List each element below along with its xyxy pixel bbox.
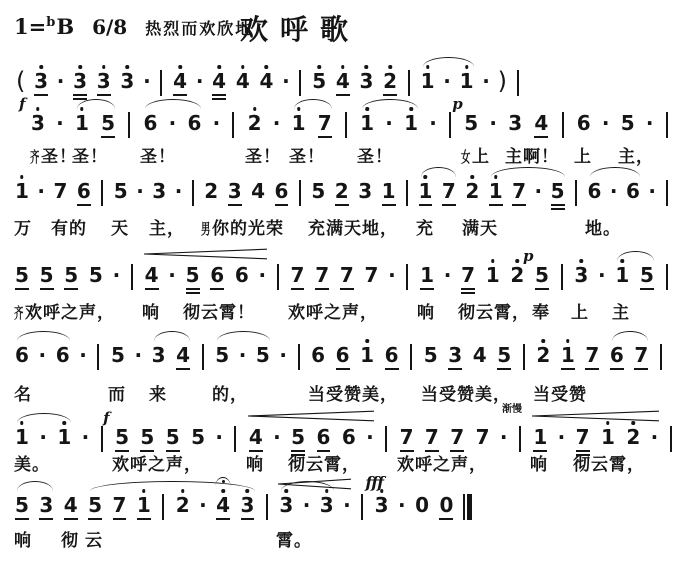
lyric-syllable: 男你的光荣 [201, 214, 284, 239]
octave-dot [36, 107, 40, 111]
note-number: 2 [626, 426, 640, 448]
note: 5 [214, 336, 230, 376]
note: 5 [639, 256, 655, 296]
barline [449, 112, 451, 138]
note: 5 [620, 104, 636, 144]
lyric-syllable: 响 [530, 450, 548, 475]
note-number: 4 [176, 344, 190, 366]
note: 6 [186, 104, 202, 144]
underline [336, 94, 350, 96]
note-number: 3 [279, 494, 293, 516]
note-number: 2 [204, 180, 218, 202]
crescendo-lines [278, 478, 351, 490]
underline [186, 292, 200, 294]
barline [97, 344, 99, 370]
note-number: 5 [166, 426, 180, 448]
dynamic-mark: fff [365, 473, 383, 492]
duration-dot: · [169, 104, 177, 144]
note-number: 5 [40, 264, 54, 286]
lyric-syllable: 霄。 [276, 526, 312, 551]
flat-icon: b [46, 15, 55, 30]
lyric-syllable: 欢呼之声， [397, 450, 487, 475]
note-number: 6 [610, 344, 624, 366]
note-number: 4 [251, 180, 265, 202]
note-number: 7 [364, 264, 378, 286]
duration-dot: · [489, 104, 497, 144]
underline [275, 204, 289, 206]
duration-dot: · [282, 62, 290, 102]
note-number: 5 [497, 344, 511, 366]
underline [39, 518, 53, 520]
note: 7 [314, 256, 330, 296]
note: 4 [215, 486, 231, 526]
duration-dot: · [429, 104, 437, 144]
note: 5 [185, 256, 201, 296]
note: 4 [63, 486, 79, 526]
note-number: 7 [340, 264, 354, 286]
lyric-syllable: 响 [417, 298, 435, 323]
duration-dot: · [37, 172, 45, 212]
note-number: 7 [634, 344, 648, 366]
part-marker: 齐 [14, 302, 24, 323]
note: 3 [38, 486, 54, 526]
octave-dot [126, 65, 130, 69]
note: 5 [87, 486, 103, 526]
note: 2 [203, 172, 219, 212]
underline [210, 288, 224, 290]
note-number: 5 [551, 180, 565, 202]
lyric-syllable: 彻 [61, 526, 79, 551]
tempo-annotation: 渐慢 [502, 400, 522, 415]
note-number: 4 [259, 70, 273, 92]
lyrics-row: 齐圣！圣！圣！圣！圣！圣！女上主啊！上主， [30, 142, 670, 166]
part-marker: 女 [461, 146, 471, 167]
underline [176, 368, 190, 370]
slur-tie [17, 413, 71, 423]
part-marker: 男 [201, 218, 211, 239]
octave-dot [516, 259, 520, 263]
note-number: 1 [57, 426, 71, 448]
note-number: 5 [15, 494, 29, 516]
underline [497, 368, 511, 370]
underline [461, 288, 475, 290]
note: 4 [172, 62, 188, 102]
duration-dot: · [213, 104, 221, 144]
note-number: 5 [140, 426, 154, 448]
note: 3 [96, 62, 112, 102]
note-number: 6 [15, 344, 29, 366]
underline [382, 204, 396, 206]
duration-dot: · [175, 172, 183, 212]
notes-row: 5345712·433·3·3·00 [14, 486, 472, 526]
note-number: 3 [39, 494, 53, 516]
note-number: 6 [143, 112, 157, 134]
note-number: 1 [615, 264, 629, 286]
note-number: 3 [320, 494, 334, 516]
barline [192, 180, 194, 206]
note: 3 [72, 62, 88, 102]
duration-dot: · [196, 62, 204, 102]
duration-dot: · [535, 172, 543, 212]
duration-dot: · [388, 256, 396, 296]
underline [340, 288, 354, 290]
duration-dot: · [602, 104, 610, 144]
underline [489, 204, 503, 206]
note-number: 0 [415, 494, 429, 516]
note-number: 0 [439, 494, 453, 516]
note-number: 2 [383, 70, 397, 92]
note-number: 2 [335, 180, 349, 202]
underline [383, 94, 397, 96]
barline [232, 112, 234, 138]
duration-dot: · [443, 62, 451, 102]
note: 3 [374, 486, 390, 526]
octave-dot [365, 339, 369, 343]
note: 4 [250, 172, 266, 212]
dynamic-mark: f [19, 95, 25, 113]
barline [101, 426, 103, 452]
lyrics-row: 齐欢呼之声，响彻云霄！欢呼之声，响彻云霄，奉上主 [14, 298, 670, 322]
note-number: 6 [626, 180, 640, 202]
barline [670, 426, 672, 452]
underline [336, 368, 350, 370]
duration-dot: · [273, 104, 281, 144]
dynamic-mark: f [103, 409, 109, 427]
note: 5 [88, 256, 104, 296]
note: 1 [14, 172, 30, 212]
note-number: 3 [34, 70, 48, 92]
note-number: 6 [317, 426, 331, 448]
octave-dot [341, 65, 345, 69]
lyric-syllable: 奉 [532, 298, 550, 323]
note-number: 1 [533, 426, 547, 448]
lyric-syllable: 有的 [51, 214, 87, 239]
underline [113, 518, 127, 520]
lyric-syllable: 当受赞美， [308, 380, 398, 405]
lyric-syllable: 主， [618, 142, 654, 167]
notes-row: 1·765·3·2346523117217·56·6· [14, 172, 670, 212]
lyric-syllable: 满天 [462, 214, 498, 239]
note: 5 [550, 172, 566, 212]
note-number: 1 [489, 180, 503, 202]
underline [77, 204, 91, 206]
note-number: 1 [404, 112, 418, 134]
note-number: 3 [97, 70, 111, 92]
note: 6 [55, 336, 71, 376]
note-number: 6 [336, 344, 350, 366]
note-number: 5 [88, 494, 102, 516]
underline [40, 288, 54, 290]
lyric-syllable: 彻云霄， [288, 450, 360, 475]
lyric-syllable: 响 [14, 526, 32, 551]
lyric-syllable: 彻云霄， [458, 298, 530, 323]
note-number: 3 [360, 70, 374, 92]
note: 7 [290, 256, 306, 296]
note: 5 [14, 256, 30, 296]
note-number: 1 [382, 180, 396, 202]
note-number: 7 [442, 180, 456, 202]
note-number: 5 [424, 344, 438, 366]
crescendo-lines [532, 410, 659, 422]
note: 6 [76, 172, 92, 212]
note-number: 5 [256, 344, 270, 366]
note-number: 5 [311, 180, 325, 202]
barline [299, 180, 301, 206]
lyric-syllable: 天 [111, 214, 129, 239]
note: 1 [359, 104, 375, 144]
note: 5 [423, 336, 439, 376]
note: 3 [507, 104, 523, 144]
note-number: 3 [241, 494, 255, 516]
note-number: 5 [191, 426, 205, 448]
duration-dot: · [303, 486, 311, 526]
duration-dot: · [598, 256, 606, 296]
note: 2 [382, 62, 398, 102]
duration-dot: · [343, 486, 351, 526]
duration-dot: · [56, 104, 64, 144]
underline [228, 204, 242, 206]
note-number: 1 [419, 180, 433, 202]
note: 1 [488, 172, 504, 212]
note: 7 [53, 172, 69, 212]
underline [212, 98, 226, 100]
octave-dot [241, 65, 245, 69]
lyrics-row: 响彻云霄。 [14, 526, 472, 550]
lyric-syllable: 圣！ [245, 142, 281, 167]
barline [666, 112, 668, 138]
note: 7 [584, 336, 600, 376]
barline [266, 494, 268, 520]
underline [73, 98, 87, 100]
lyric-syllable: 主， [149, 214, 185, 239]
note-number: 4 [212, 70, 226, 92]
note: 4 [533, 104, 549, 144]
barline [561, 264, 563, 290]
duration-dot: · [646, 104, 654, 144]
barline [660, 344, 662, 370]
note: 4 [144, 256, 160, 296]
octave-dot [491, 259, 495, 263]
octave-dot [20, 175, 24, 179]
underline [420, 288, 434, 290]
underline [15, 288, 29, 290]
barline [406, 180, 408, 206]
lyric-syllable: 上 [574, 142, 592, 167]
underline [551, 204, 565, 206]
note-number: 7 [315, 264, 329, 286]
note: 6 [384, 336, 400, 376]
note: 2 [464, 172, 480, 212]
note-number: 3 [358, 180, 372, 202]
note-number: 4 [236, 70, 250, 92]
note-number: 6 [385, 344, 399, 366]
barline [410, 344, 412, 370]
key-note: B [56, 14, 74, 39]
underline [315, 288, 329, 290]
note-number: 5 [464, 112, 478, 134]
lyric-syllable: 响 [142, 298, 160, 323]
note: 5 [496, 336, 512, 376]
note-number: 3 [152, 180, 166, 202]
barline [131, 264, 133, 290]
underline [34, 94, 48, 96]
key-prefix: 1= [14, 14, 46, 39]
underline [439, 518, 453, 520]
note: 1 [74, 104, 90, 144]
note-number: 3 [574, 264, 588, 286]
underline [88, 518, 102, 520]
note: 3 [227, 172, 243, 212]
note-number: 5 [115, 426, 129, 448]
note: 6 [625, 172, 641, 212]
barline [519, 426, 521, 452]
note: 3 [278, 486, 294, 526]
final-barline [463, 494, 472, 520]
note-number: 3 [508, 112, 522, 134]
underline [241, 518, 255, 520]
crescendo-lines [144, 248, 267, 260]
note-number: 5 [312, 70, 326, 92]
lyric-syllable: 万 [14, 214, 32, 239]
note-number: 5 [101, 112, 115, 134]
note-number: 6 [577, 112, 591, 134]
note-number: 2 [248, 112, 262, 134]
note-number: 5 [535, 264, 549, 286]
barline [277, 264, 279, 290]
time-signature: 6/8 [92, 15, 127, 39]
notes-row: 5555·4·566·7777·1·712p53·15 [14, 256, 670, 296]
octave-dot [39, 65, 43, 69]
underline [634, 368, 648, 370]
note: 6 [209, 256, 225, 296]
barline [202, 344, 204, 370]
note: 4 [472, 336, 488, 376]
lyric-syllable: 圣！ [357, 142, 393, 167]
octave-dot [253, 107, 257, 111]
duration-dot: · [136, 172, 144, 212]
note-number: 5 [215, 344, 229, 366]
score-line: f3·156·6·2·171·1·p5·346·5·齐圣！圣！圣！圣！圣！圣！女… [30, 104, 670, 182]
note-number: 1 [601, 426, 615, 448]
barline [234, 426, 236, 452]
note: 6 [142, 104, 158, 144]
note-number: 2 [536, 344, 550, 366]
note-number: 4 [216, 494, 230, 516]
lyric-syllable: 响 [246, 450, 264, 475]
note-number: 6 [588, 180, 602, 202]
lyrics-row: 万有的天主，男你的光荣充满天地，充满天地。 [14, 214, 670, 238]
duration-dot: · [398, 486, 406, 526]
octave-dot [566, 339, 570, 343]
lyric-syllable: 美。 [14, 450, 50, 475]
note: 1 [560, 336, 576, 376]
note-number: 5 [114, 180, 128, 202]
crescendo-wedge [248, 410, 374, 422]
barline [162, 494, 164, 520]
note-number: 1 [561, 344, 575, 366]
note-number: 7 [291, 264, 305, 286]
note-number: 3 [375, 494, 389, 516]
dynamic-mark: p [452, 95, 463, 113]
underline [335, 204, 349, 206]
lyric-syllable: 圣！ [140, 142, 176, 167]
score-line: 6·6·5·345·5·6616534521767名而来的，当受赞美，当受赞美，… [14, 336, 664, 414]
duration-dot: · [239, 336, 247, 376]
note-number: 1 [420, 264, 434, 286]
note-number: 4 [145, 264, 159, 286]
duration-dot: · [39, 336, 47, 376]
parenthesis: ) [498, 62, 507, 100]
note-number: 6 [311, 344, 325, 366]
notes-row: (3·333·4·444·54321·1·) [16, 62, 521, 102]
octave-dot [388, 65, 392, 69]
note: 3 [357, 172, 373, 212]
note: p5 [534, 256, 550, 296]
note: 1 [420, 62, 436, 102]
note-number: 1 [137, 494, 151, 516]
note-number: 3 [152, 344, 166, 366]
octave-dot [471, 175, 475, 179]
barline [666, 264, 668, 290]
note: 2 [535, 336, 551, 376]
crescendo-lines [248, 410, 374, 422]
note: 6 [609, 336, 625, 376]
note: f3 [30, 104, 46, 144]
note: 5 [100, 104, 116, 144]
note: 2 [334, 172, 350, 212]
note: 3 [447, 336, 463, 376]
note-number: 4 [473, 344, 487, 366]
note: 3 [359, 62, 375, 102]
note-number: 3 [73, 70, 87, 92]
lyric-syllable: 当受赞美， [421, 380, 511, 405]
duration-dot: · [279, 336, 287, 376]
note: 6 [335, 336, 351, 376]
note-number: 6 [210, 264, 224, 286]
barline [160, 70, 162, 96]
note-number: 1 [15, 426, 29, 448]
lyric-syllable: 的， [212, 380, 248, 405]
lyric-syllable: 彻云霄！ [183, 298, 255, 323]
dynamic-mark: p [523, 247, 534, 265]
note-number: 1 [15, 180, 29, 202]
duration-dot: · [444, 256, 452, 296]
underline [15, 518, 29, 520]
crescendo-wedge: fff [278, 478, 351, 490]
note: 3 [151, 336, 167, 376]
barline [361, 494, 363, 520]
note-number: 1 [360, 112, 374, 134]
note-number: 6 [275, 180, 289, 202]
note: 3 [573, 256, 589, 296]
barline [523, 344, 525, 370]
note-number: 5 [15, 264, 29, 286]
lyric-syllable: 齐圣！ [30, 142, 77, 167]
octave-dot [217, 65, 221, 69]
note-number: 4 [249, 426, 263, 448]
barline [575, 180, 577, 206]
note: 6 [274, 172, 290, 212]
score-line: 5345712·433·3·3·00fff响彻云霄。 [14, 486, 472, 564]
key-signature: 1=bB [14, 14, 74, 39]
note: 1 [419, 256, 435, 296]
lyric-syllable: 而 [108, 380, 126, 405]
duration-dot: · [57, 62, 65, 102]
barline [408, 70, 410, 96]
octave-dot [580, 259, 584, 263]
rest-note: 0 [438, 486, 454, 526]
note: 1 [136, 486, 152, 526]
